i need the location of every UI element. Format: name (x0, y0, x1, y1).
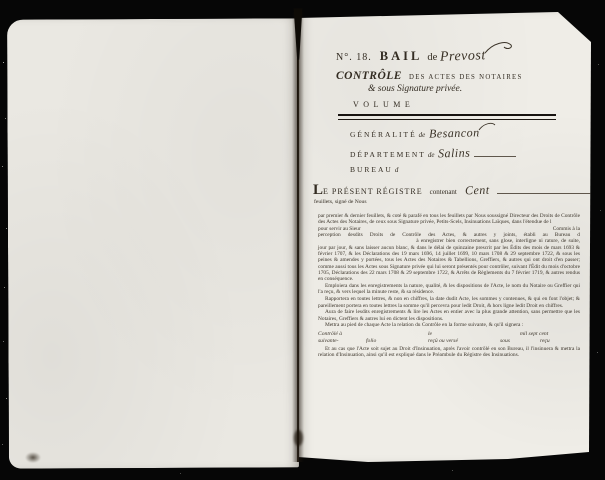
departement-handwritten-value: Salins (438, 145, 471, 161)
perception-text: perception desdits Droits de Contrôle de… (318, 232, 548, 238)
registre-feuillets-line: feuillets, signé de Nous (314, 199, 591, 205)
dropcap-L: L (313, 182, 323, 198)
right-page: N°. 18. BAIL de Prevost CONTRÔLE DES ACT… (298, 12, 591, 462)
formula-recu-ou-verse: reçû ou versé (428, 338, 500, 346)
registre-opening-line: LE PRÉSENT RÉGISTRE contenant Cent (313, 181, 591, 199)
right-page-content: N°. 18. BAIL de Prevost CONTRÔLE DES ACT… (298, 12, 591, 462)
gutter-ink-blot (294, 430, 303, 446)
header-subtitle-line: CONTRÔLE DES ACTES DES NOTAIRES (336, 66, 561, 84)
title-de: de (427, 52, 437, 63)
title-bail: BAIL (380, 49, 423, 64)
enregistrer-text: à enregistrer bien correctement, sans gl… (318, 238, 580, 282)
generalite-label: GÉNÉRALITÉ (350, 130, 417, 139)
register-number: N°. 18. (336, 52, 372, 63)
paragraph-aura: Aura de faire lesdits enregistrements & … (318, 309, 580, 322)
pen-flourish-icon (484, 40, 514, 56)
bureau-label: BUREAU (350, 165, 393, 174)
pen-flourish-icon (478, 121, 496, 133)
paragraph-rapportera: Rapportera en toutes lettres, & non en c… (318, 296, 580, 309)
left-page-blank (7, 18, 299, 468)
double-rule-divider (338, 114, 556, 120)
register-header: N°. 18. BAIL de Prevost CONTRÔLE DES ACT… (336, 44, 561, 109)
formula-sous: sous (500, 338, 540, 346)
blank-rule (474, 149, 516, 157)
book-scan: N°. 18. BAIL de Prevost CONTRÔLE DES ACT… (0, 0, 605, 480)
corner-smudge (25, 452, 41, 463)
registre-handwritten-value: Cent (465, 183, 490, 199)
subtitle-controle: CONTRÔLE (336, 70, 402, 82)
formula-folio: folio (366, 338, 428, 346)
preamble-text: par premier & dernier feuillets, & coté … (318, 213, 580, 359)
controle-formula: Contrôlé à le mil sept cent suivante- fo… (318, 331, 580, 346)
paragraph-mettra: Mettra au pied de chaque Acte la relatio… (318, 322, 580, 328)
volume-label: VOLUME (353, 100, 561, 109)
registre-contenant: contenant (430, 188, 457, 196)
formula-recu: reçu (540, 338, 550, 346)
formula-le: le (428, 331, 520, 339)
formula-line-1: Contrôlé à le mil sept cent (318, 331, 580, 339)
paragraph-perception: perception desdits Droits de Contrôle de… (318, 232, 580, 283)
departement-label: DÉPARTEMENT (350, 150, 426, 159)
bureau-blank-text: Bureau d (555, 232, 580, 238)
book-gutter-shadow (292, 12, 304, 462)
register-form: GÉNÉRALITÉ de Besancon DÉPARTEMENT de Sa… (350, 125, 591, 174)
subtitle-actes-notaires: DES ACTES DES NOTAIRES (409, 74, 523, 81)
registre-label: E PRÉSENT RÉGISTRE (323, 187, 423, 196)
paragraph-emploiera: Emploiera dans les enregistrements la na… (318, 283, 580, 296)
formula-mil-sept-cent: mil sept cent (520, 331, 548, 339)
header-title-line: N°. 18. BAIL de Prevost (336, 44, 561, 65)
subtitle-signature-privee: & sous Signature privée. (368, 84, 561, 94)
paragraph-insinuation: Et au cas que l'Acte soit sujet au Droit… (318, 346, 580, 359)
formula-line-2: suivante- folio reçû ou versé sous reçu (318, 338, 580, 346)
bureau-particle: d (395, 166, 399, 174)
paragraph-premier-feuillets: par premier & dernier feuillets, & coté … (318, 213, 580, 226)
blank-rule (497, 186, 605, 194)
scan-noise-specks (0, 0, 1, 1)
generalite-row: GÉNÉRALITÉ de Besancon (350, 125, 591, 141)
generalite-particle: de (419, 131, 426, 139)
bureau-row: BUREAU d (350, 165, 591, 174)
departement-row: DÉPARTEMENT de Salins (350, 146, 591, 161)
handwritten-name: Prevost (440, 48, 486, 66)
generalite-handwritten-value: Besancon (429, 125, 480, 141)
formula-suivante: suivante- (318, 338, 366, 346)
departement-particle: de (428, 151, 435, 159)
